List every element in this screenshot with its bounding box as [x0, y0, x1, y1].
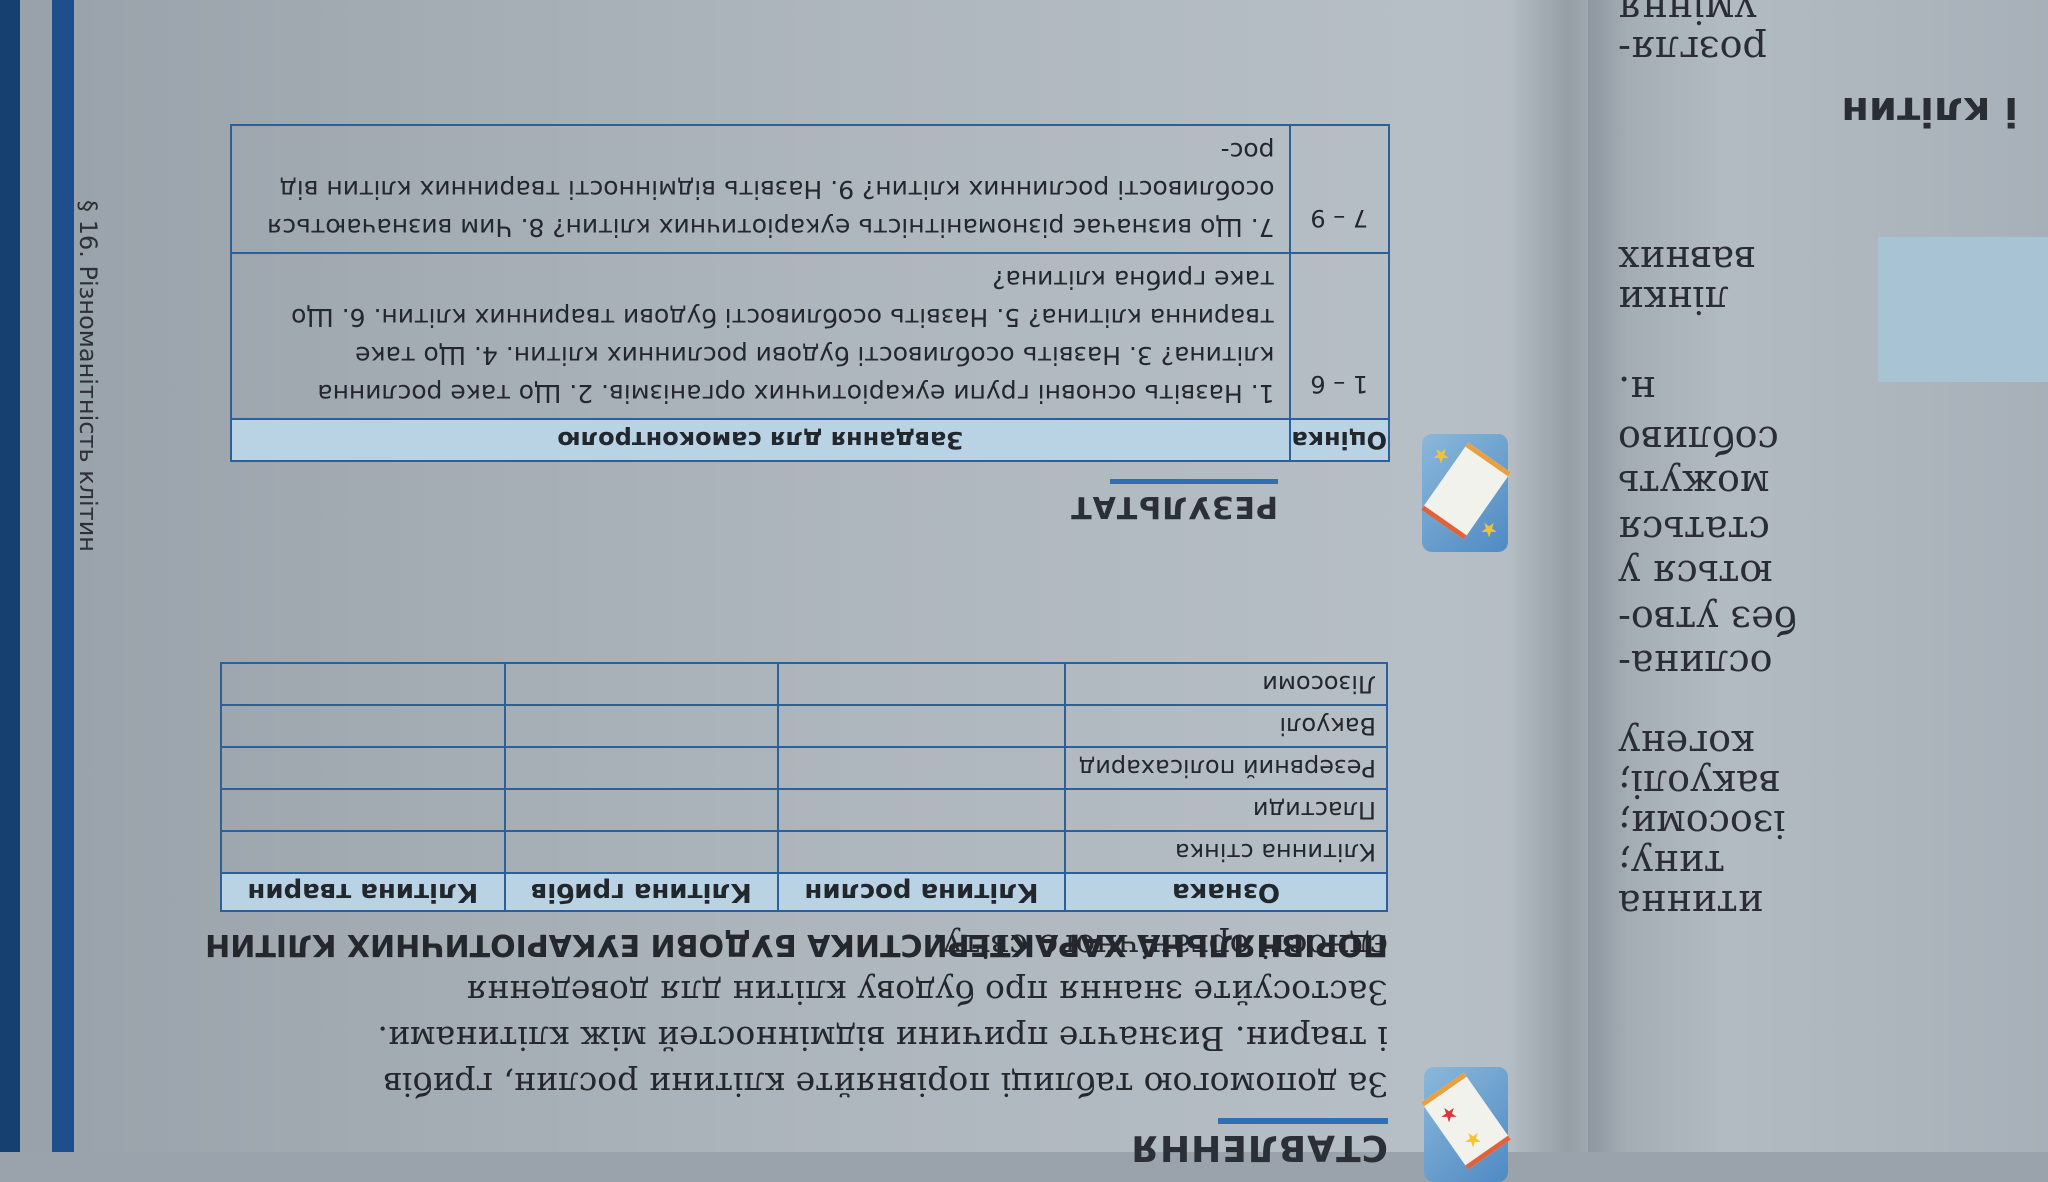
column-header: Оцінка	[1290, 419, 1389, 461]
feature-cell: Клітинна стінка	[1065, 831, 1387, 873]
facing-page-text: без утво-	[1618, 598, 1797, 642]
answer-cell[interactable]	[221, 789, 505, 831]
answer-cell[interactable]	[505, 663, 778, 705]
column-header: Ознака	[1065, 873, 1387, 911]
table-row: Вакуолі	[221, 705, 1387, 747]
facing-page-text: собливо	[1618, 418, 1779, 462]
answer-cell[interactable]	[778, 831, 1065, 873]
facing-page-text: вавних	[1618, 238, 1756, 282]
answer-cell[interactable]	[778, 663, 1065, 705]
score-range: 7 – 9	[1290, 125, 1389, 253]
facing-page-text: розгля-	[1618, 28, 1767, 72]
answer-cell[interactable]	[505, 705, 778, 747]
result-icon: ★ ★	[1422, 434, 1508, 552]
self-control-questions: 1. Назвіть основні групи еукаріотичних о…	[231, 253, 1290, 419]
answer-cell[interactable]	[505, 831, 778, 873]
comparison-table: Ознака Клітина рослин Клітина грибів Клі…	[220, 662, 1388, 912]
margin-bar	[52, 0, 74, 1152]
textbook-page: ★ ★ СТАВЛЕННЯ За допомогою таблиці порів…	[0, 0, 1568, 1152]
running-head: § 16. Різноманітність клітин	[74, 0, 144, 1152]
self-control-table: Оцінка Завдання для самоконтролю 1 – 6 1…	[230, 124, 1390, 462]
column-header: Клітина рослин	[778, 873, 1065, 911]
answer-cell[interactable]	[221, 831, 505, 873]
column-header: Завдання для самоконтролю	[231, 419, 1290, 461]
table-row: Пластиди	[221, 789, 1387, 831]
answer-cell[interactable]	[221, 705, 505, 747]
table-row: 7 – 9 7. Що визначає різноманітність еук…	[231, 125, 1389, 253]
comparison-table-title: ПОРІВНЯЛЬНА ХАРАКТЕРИСТИКА БУДОВИ ЕУКАРІ…	[205, 927, 1388, 962]
feature-cell: Лізосоми	[1065, 663, 1387, 705]
facing-page-heading: і клітин	[1841, 88, 2018, 134]
facing-page-text: тину;	[1618, 842, 1725, 886]
facing-page-text: статься	[1618, 508, 1770, 552]
answer-cell[interactable]	[221, 747, 505, 789]
answer-cell[interactable]	[221, 663, 505, 705]
feature-cell: Резервний полісахарид	[1065, 747, 1387, 789]
answer-cell[interactable]	[505, 789, 778, 831]
answer-cell[interactable]	[778, 789, 1065, 831]
facing-page-text: ослина-	[1618, 642, 1772, 686]
facing-page-callout-box	[1878, 237, 2048, 382]
page-edge-bar	[0, 0, 20, 1152]
result-section-title: РЕЗУЛЬТАТ	[1070, 489, 1278, 524]
facing-page-text: ються у	[1618, 552, 1773, 596]
textbook-photo: уміння розгля- і клітин лінки вавних н. …	[0, 0, 2048, 1152]
application-section-title: СТАВЛЕННЯ	[1130, 1127, 1388, 1152]
facing-page-text: итинна	[1618, 882, 1763, 926]
running-head-text: § 16. Різноманітність клітин	[74, 200, 102, 552]
facing-page-text: вакуолі;	[1618, 762, 1780, 806]
column-header: Клітина тварин	[221, 873, 505, 911]
facing-page-text: лінки	[1618, 278, 1729, 322]
feature-cell: Вакуолі	[1065, 705, 1387, 747]
table-row: 1 – 6 1. Назвіть основні групи еукаріоти…	[231, 253, 1389, 419]
facing-page-text: можуть	[1618, 462, 1769, 506]
table-row: Клітинна стінка	[221, 831, 1387, 873]
score-range: 1 – 6	[1290, 253, 1389, 419]
facing-page-text: ізосоми;	[1618, 802, 1786, 846]
table-row: Лізосоми	[221, 663, 1387, 705]
answer-cell[interactable]	[778, 705, 1065, 747]
answer-cell[interactable]	[505, 747, 778, 789]
table-row: Резервний полісахарид	[221, 747, 1387, 789]
column-header: Клітина грибів	[505, 873, 778, 911]
facing-page-text: когену	[1618, 722, 1755, 766]
section-title-underline	[1218, 1118, 1388, 1124]
facing-page: уміння розгля- і клітин лінки вавних н. …	[1588, 0, 2048, 1152]
self-control-questions: 7. Що визначає різноманітність еукаріоти…	[231, 125, 1290, 253]
answer-cell[interactable]	[778, 747, 1065, 789]
application-icon: ★ ★	[1424, 1067, 1508, 1152]
feature-cell: Пластиди	[1065, 789, 1387, 831]
section-title-underline	[1110, 479, 1278, 484]
